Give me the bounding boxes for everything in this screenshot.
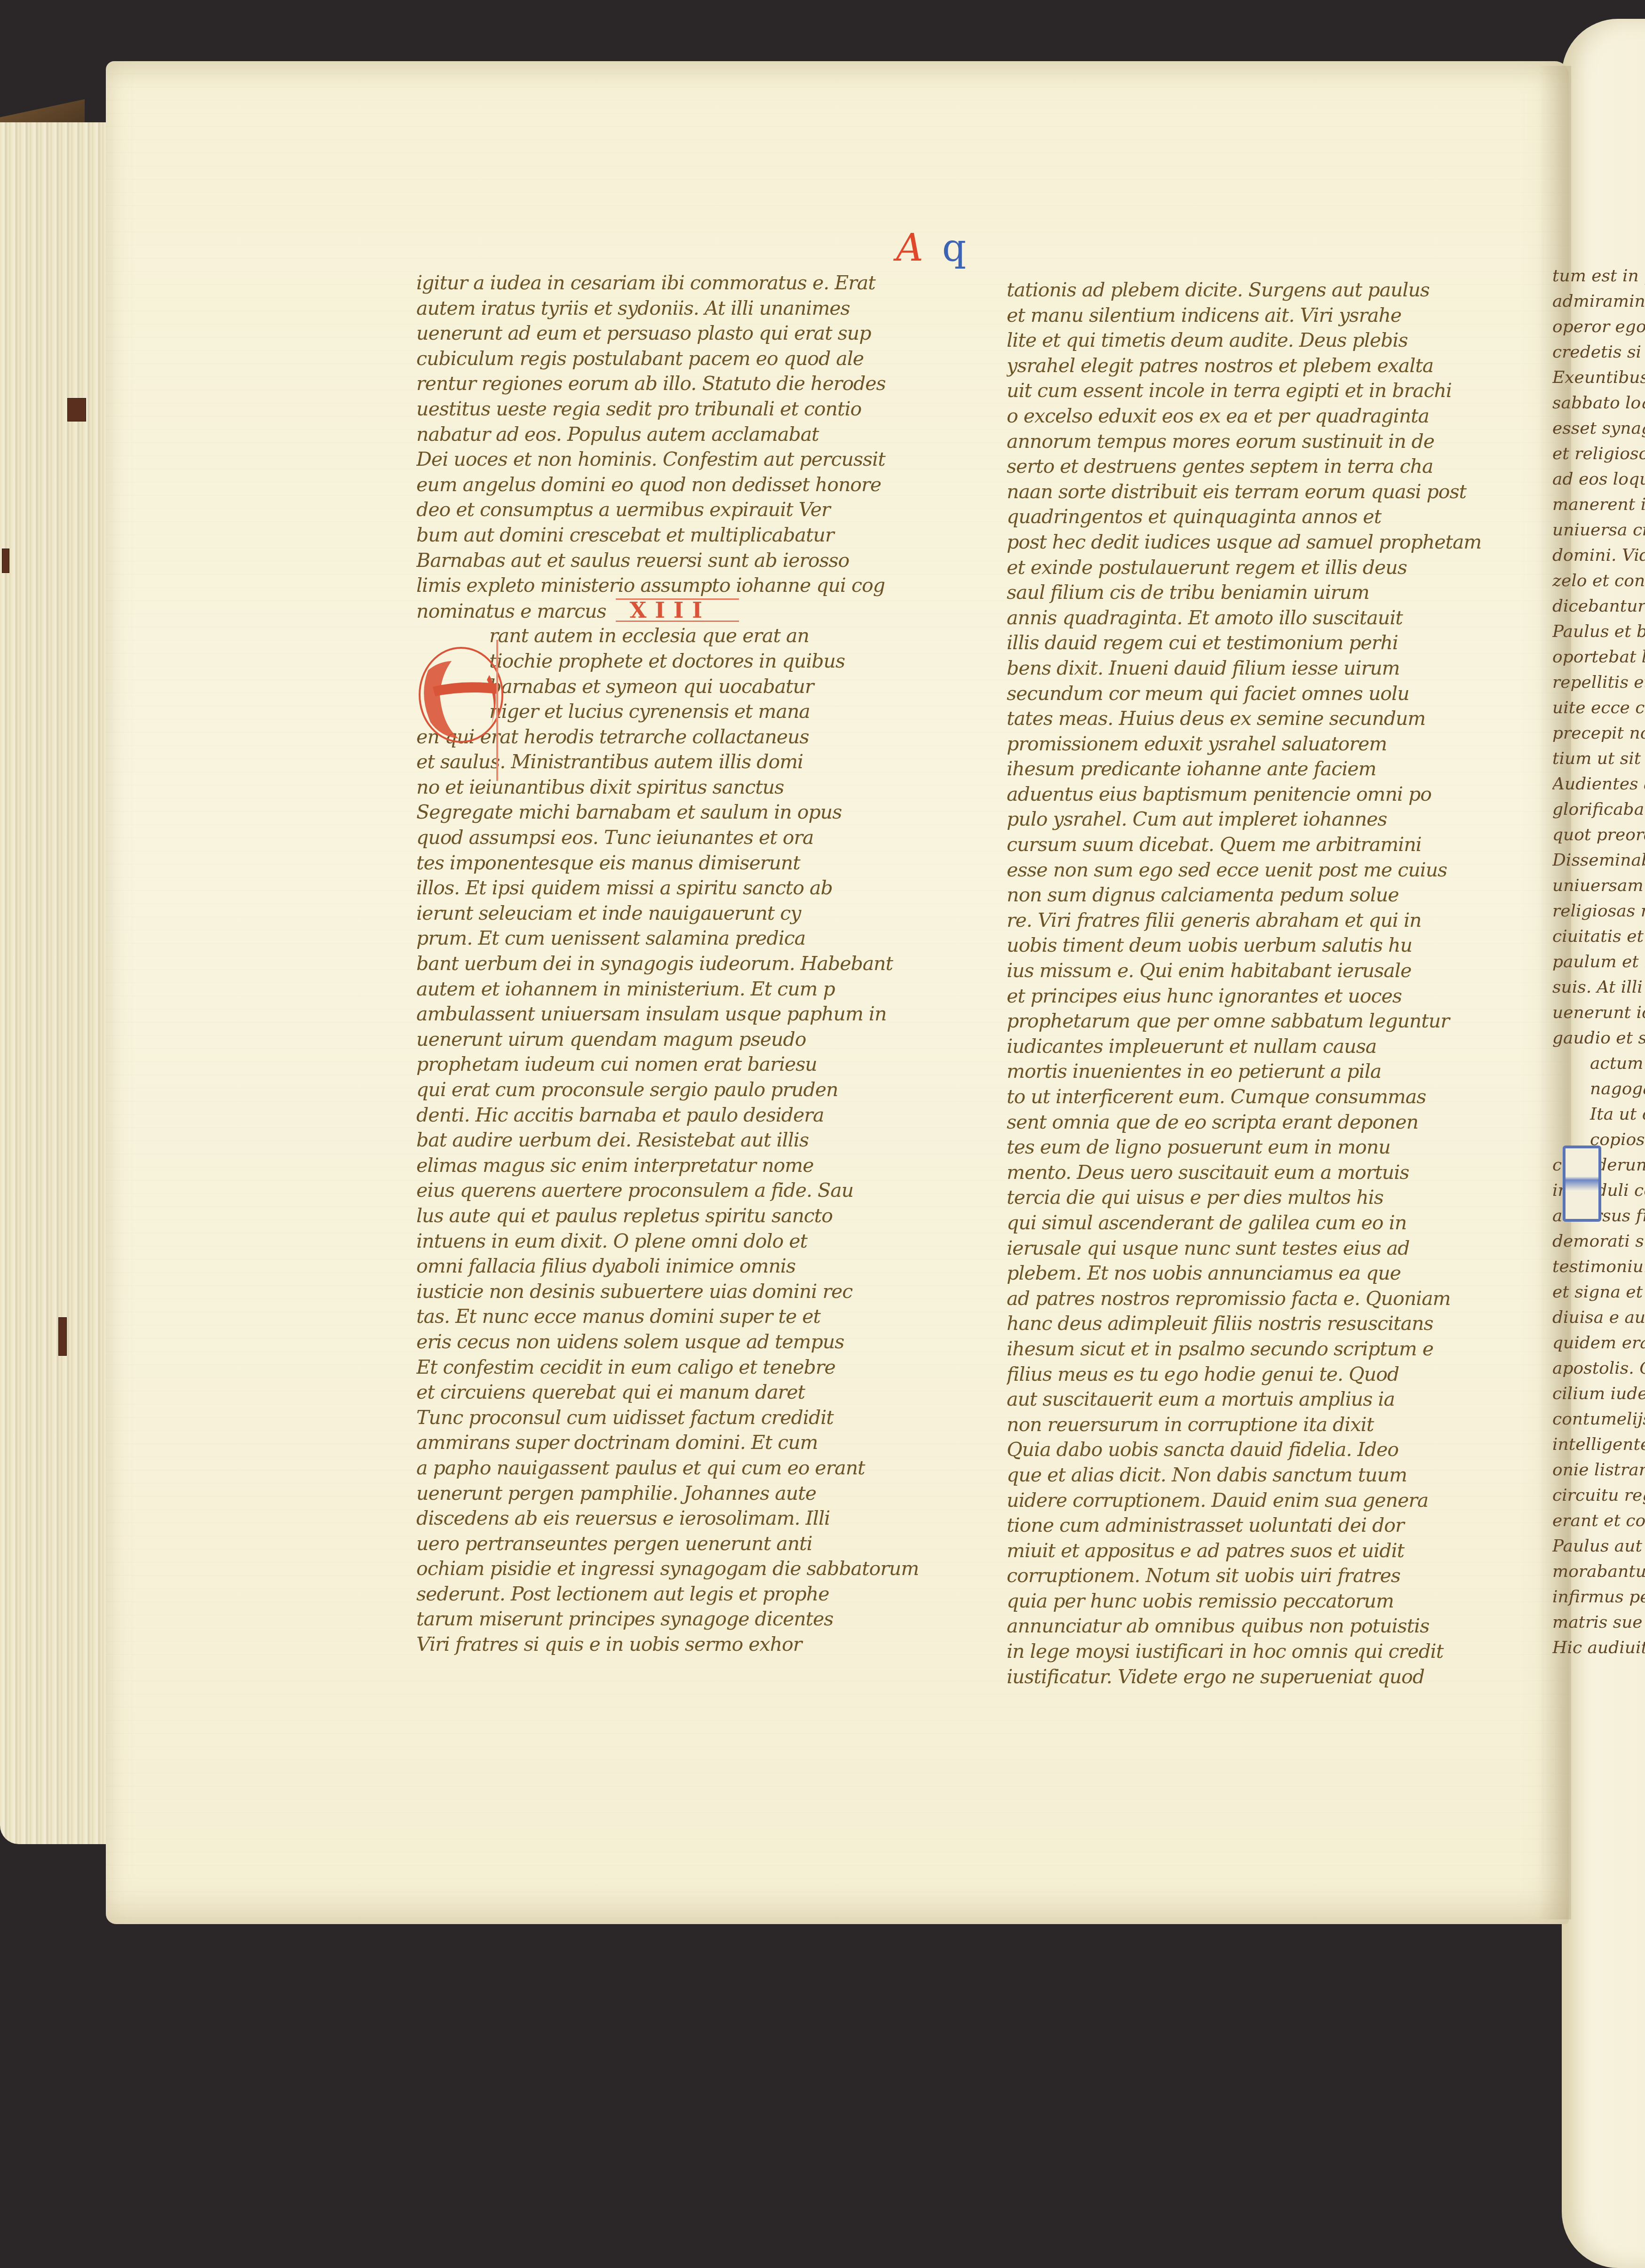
text-line: operor ego in diebu [1552, 314, 1645, 340]
text-line: cilium iudeorum cum [1552, 1381, 1645, 1407]
text-line: ihesum predicante iohanne ante faciem [1007, 756, 1524, 782]
text-line: intelligentes confu [1552, 1432, 1645, 1457]
text-line: que et alias dicit. Non dabis sanctum tu… [1007, 1463, 1524, 1488]
text-line: gaudio et spiritu sa [1552, 1026, 1645, 1051]
text-line: igitur a iudea in cesariam ibi commoratu… [416, 271, 934, 296]
text-line: ierunt seleuciam et inde nauigauerunt cy [416, 901, 934, 926]
text-line: aduentus eius baptismum penitencie omni … [1007, 782, 1524, 807]
text-line: quod assumpsi eos. Tunc ieiunantes et or… [416, 825, 934, 851]
text-line: rentur regiones eorum ab illo. Statuto d… [416, 371, 934, 397]
text-line: non reuersurum in corruptione ita dixit [1007, 1412, 1524, 1438]
text-line: iustificatur. Videte ergo ne superueniat… [1007, 1664, 1524, 1690]
text-line: ius missum e. Qui enim habitabant ierusa… [1007, 958, 1524, 984]
text-line: et saulus. Ministrantibus autem illis do… [416, 749, 934, 775]
text-line: to ut interficerent eum. Cumque consumma… [1007, 1084, 1524, 1110]
text-line: cursum suum dicebat. Quem me arbitramini [1007, 832, 1524, 858]
text-line: sederunt. Post lectionem aut legis et pr… [416, 1582, 934, 1607]
text-line: aut suscitauerit eum a mortuis amplius i… [1007, 1387, 1524, 1412]
text-line: qui simul ascenderant de galilea cum eo … [1007, 1210, 1524, 1236]
text-line: erant et commota [1552, 1508, 1645, 1534]
text-line-with-chapter: nominatus e marcusXIII [416, 598, 934, 624]
text-line: prophetarum que per omne sabbatum legunt… [1007, 1009, 1524, 1034]
text-line: esset synagoga secuti [1552, 416, 1645, 441]
text-line: quia per hunc uobis remissio peccatorum [1007, 1589, 1524, 1614]
text-line: et exinde postulauerunt regem et illis d… [1007, 555, 1524, 581]
text-line: uite ecce conuertim [1552, 695, 1645, 721]
text-line: precepit nobis dominus [1552, 721, 1645, 746]
text-line: suis. At illi excusso [1552, 975, 1645, 1000]
text-line: manerent in gratia dei [1552, 492, 1645, 517]
running-head: Aq [896, 226, 985, 270]
text-line: qui erat cum proconsule sergio paulo pru… [416, 1077, 934, 1103]
text-line: deo et consumptus a uermibus expirauit V… [416, 497, 934, 523]
text-line: ambulassent uniuersam insulam usque paph… [416, 1002, 934, 1027]
text-line: sabbato loquerentur sibi ue [1552, 390, 1645, 416]
text-line: infirmus pedibus [1552, 1584, 1645, 1610]
text-line: mortis inuenientes in eo petierunt a pil… [1007, 1059, 1524, 1084]
text-line: omni fallacia filius dyaboli inimice omn… [416, 1254, 934, 1279]
text-line: tes eum de ligno posuerunt eum in monu [1007, 1135, 1524, 1160]
page-tab-marker [67, 398, 86, 422]
text-line: lite et qui timetis deum audite. Deus pl… [1007, 328, 1524, 353]
text-line: autem et iohannem in ministerium. Et cum… [416, 977, 934, 1002]
text-line: discedens ab eis reuersus e ierosolimam.… [416, 1506, 934, 1531]
text-line: quot preordinati er [1552, 822, 1645, 848]
text-line: tates meas. Huius deus ex semine secundu… [1007, 706, 1524, 732]
running-head-blue-letter: q [942, 226, 985, 270]
text-line: glorificabant uerbum [1552, 797, 1645, 822]
text-line: uero pertranseuntes pergen uenerunt anti [416, 1531, 934, 1557]
text-line: matris sue qui n [1552, 1610, 1645, 1635]
text-line: repellitis et indign [1552, 670, 1645, 695]
text-line: post hec dedit iudices usque ad samuel p… [1007, 530, 1524, 555]
text-line: re. Viri fratres filii generis abraham e… [1007, 908, 1524, 933]
text-line: elimas magus sic enim interpretatur nome [416, 1153, 934, 1178]
text-line: uniuersam region [1552, 873, 1645, 899]
decorated-initial-e [414, 642, 508, 746]
text-line: miuit et appositus e ad patres suos et u… [1007, 1538, 1524, 1564]
text-line: Quia dabo uobis sancta dauid fidelia. Id… [1007, 1437, 1524, 1463]
text-line: et principes eius hunc ignorantes et uoc… [1007, 984, 1524, 1009]
text-line: Disseminabatur a [1552, 848, 1645, 873]
text-line: nabatur ad eos. Populus autem acclamabat [416, 422, 934, 447]
text-line: Et confestim cecidit in eum caligo et te… [416, 1355, 934, 1380]
text-line: intuens in eum dixit. O plene omni dolo … [416, 1229, 934, 1254]
text-line: tum est in prophe [1552, 263, 1645, 289]
text-line: non sum dignus calciamenta pedum solue [1007, 883, 1524, 908]
text-line: credetis si quis ena [1552, 340, 1645, 365]
text-line: ochiam pisidie et ingressi synagogam die… [416, 1556, 934, 1582]
text-line: admiramini et [1552, 289, 1645, 314]
text-line: quadringentos et quinquaginta annos et [1007, 504, 1524, 530]
text-line: ierusale qui usque nunc sunt testes eius… [1007, 1236, 1524, 1261]
text-line: filius meus es tu ego hodie genui te. Qu… [1007, 1362, 1524, 1387]
page-stack-edges [0, 122, 111, 1844]
text-line: paulum et barnabam [1552, 949, 1645, 975]
text-column-left: igitur a iudea in cesariam ibi commoratu… [416, 271, 934, 1657]
text-line: testimonium perhib [1552, 1254, 1645, 1280]
text-line: ad eos loquentes sua [1552, 467, 1645, 492]
text-line: hanc deus adimpleuit filiis nostris resu… [1007, 1311, 1524, 1337]
facing-page-text: tum est in prophe admiramini et operor e… [1552, 263, 1645, 1661]
text-line: quidem erant cum [1552, 1330, 1645, 1356]
text-line: iusticie non desinis subuertere uias dom… [416, 1279, 934, 1305]
running-head-red-letter: A [896, 226, 942, 270]
text-line: Paulus aut et ba [1552, 1534, 1645, 1559]
text-line: illis dauid regem cui et testimonium per… [1007, 630, 1524, 656]
text-line: eius querens auertere proconsulem a fide… [416, 1178, 934, 1203]
text-line: limis expleto ministerio assumpto iohann… [416, 573, 934, 598]
text-line: bum aut domini crescebat et multiplicaba… [416, 523, 934, 548]
text-line: uenerunt pergen pamphilie. Johannes aute [416, 1481, 934, 1506]
text-line: uenerunt ad eum et persuaso plasto qui e… [416, 321, 934, 346]
text-line: Exeuntibus aut illis roga [1552, 365, 1645, 390]
text-line: uenerunt uirum quendam magum pseudo [416, 1027, 934, 1052]
text-line: et circuiens querebat qui ei manum daret [416, 1380, 934, 1405]
text-line: et religiosorum aduenarum [1552, 441, 1645, 467]
text-line: ihesum sicut et in psalmo secundo script… [1007, 1337, 1524, 1362]
text-line: Segregate michi barnabam et saulum in op… [416, 800, 934, 825]
text-line: annis quadraginta. Et amoto illo suscita… [1007, 605, 1524, 631]
text-line: o excelso eduxit eos ex ea et per quadra… [1007, 404, 1524, 429]
text-line: promissionem eduxit ysrahel saluatorem [1007, 732, 1524, 757]
text-line: ad patres nostros repromissio facta e. Q… [1007, 1286, 1524, 1312]
text-line: illos. Et ipsi quidem missi a spiritu sa… [416, 875, 934, 901]
text-line: uniuersa ciuitas co [1552, 517, 1645, 543]
text-line: uenerunt iconium. Disc [1552, 1000, 1645, 1026]
text-line: tione cum administrasset uoluntati dei d… [1007, 1513, 1524, 1538]
text-line: eum angelus domini eo quod non dedisset … [416, 472, 934, 498]
text-line: et manu silentium indicens ait. Viri ysr… [1007, 303, 1524, 328]
text-line: tercia die qui uisus e per dies multos h… [1007, 1185, 1524, 1210]
text-line: Hic audiuit paul [1552, 1635, 1645, 1661]
page-tab-marker [58, 1317, 67, 1356]
text-line: prophetam iudeum cui nomen erat bariesu [416, 1052, 934, 1077]
text-line: et signa et prodig [1552, 1280, 1645, 1305]
text-line: Audientes aut gen [1552, 772, 1645, 797]
text-line: zelo et contra [1552, 568, 1645, 594]
text-line: actum e [1552, 1051, 1645, 1076]
text-line: bens dixit. Inueni dauid filium iesse ui… [1007, 656, 1524, 681]
text-line: ciuitatis et excitaue [1552, 924, 1645, 949]
text-line: in lege moysi iustificari in hoc omnis q… [1007, 1639, 1524, 1664]
text-line: no et ieiunantibus dixit spiritus sanctu… [416, 775, 934, 800]
text-line: annorum tempus mores eorum sustinuit in … [1007, 429, 1524, 454]
text-line: oportebat loqui uer [1552, 645, 1645, 670]
text-line: esse non sum ego sed ecce uenit post me … [1007, 858, 1524, 883]
text-line: tes imponentesque eis manus dimiserunt [416, 851, 934, 876]
text-line: cubiculum regis postulabant pacem eo quo… [416, 346, 934, 372]
text-line: uobis timent deum uobis uerbum salutis h… [1007, 933, 1524, 958]
text-line: apostolis. Cum autem [1552, 1356, 1645, 1381]
text-line: pulo ysrahel. Cum aut impleret iohannes [1007, 807, 1524, 832]
text-line: a papho nauigassent paulus et qui cum eo… [416, 1456, 934, 1481]
blue-decorated-initial [1563, 1146, 1601, 1222]
text-line: Barnabas aut et saulus reuersi sunt ab i… [416, 548, 934, 573]
text-line: circuitu regionem [1552, 1483, 1645, 1508]
text-line: Tunc proconsul cum uidisset factum credi… [416, 1405, 934, 1431]
text-line: saul filium cis de tribu beniamin uirum [1007, 580, 1524, 605]
text-line: onie listram et d [1552, 1457, 1645, 1483]
text-line: plebem. Et nos uobis annunciamus ea que [1007, 1261, 1524, 1286]
text-line: denti. Hic accitis barnaba et paulo desi… [416, 1103, 934, 1128]
text-line: tas. Et nunc ecce manus domini super te … [416, 1304, 934, 1329]
page-tab-marker [2, 549, 9, 573]
text-line: tium ut sit in salute [1552, 746, 1645, 772]
text-line: Paulus et barnaba [1552, 619, 1645, 645]
text-line: corruptionem. Notum sit uobis uiri fratr… [1007, 1563, 1524, 1589]
text-line: sent omnia que de eo scripta erant depon… [1007, 1110, 1524, 1135]
text-line: iudicantes impleuerunt et nullam causa [1007, 1034, 1524, 1059]
text-line: Ita ut c [1552, 1102, 1645, 1127]
text-line: Dei uoces et non hominis. Confestim aut … [416, 447, 934, 472]
text-line: dicebantur blasphe [1552, 594, 1645, 619]
text-line: tarum miserunt principes synagoge dicent… [416, 1607, 934, 1632]
text-line: bat audire uerbum dei. Resistebat aut il… [416, 1128, 934, 1153]
text-line: contumelijs afficere [1552, 1407, 1645, 1432]
text-line: nagoga [1552, 1076, 1645, 1102]
text-line: nominatus e marcus [416, 600, 606, 622]
text-line: bant uerbum dei in synagogis iudeorum. H… [416, 951, 934, 977]
text-line: uestitus ueste regia sedit pro tribunali… [416, 397, 934, 422]
text-line: tationis ad plebem dicite. Surgens aut p… [1007, 278, 1524, 303]
text-line: diuisa e aut mult [1552, 1305, 1645, 1330]
text-line: uit cum essent incole in terra egipti et… [1007, 378, 1524, 404]
text-line: autem iratus tyriis et sydoniis. At illi… [416, 296, 934, 321]
text-column-right: tationis ad plebem dicite. Surgens aut p… [1007, 278, 1524, 1689]
text-line: mento. Deus uero suscitauit eum a mortui… [1007, 1160, 1524, 1186]
chapter-number-rubric: XIII [616, 598, 739, 622]
initial-flourish-line [496, 640, 498, 781]
text-line: prum. Et cum uenissent salamina predica [416, 926, 934, 951]
text-line: lus aute qui et paulus repletus spiritu … [416, 1203, 934, 1229]
text-line: religiosas mulieres [1552, 899, 1645, 924]
text-line: eris cecus non uidens solem usque ad tem… [416, 1329, 934, 1355]
text-line: serto et destruens gentes septem in terr… [1007, 454, 1524, 479]
text-line: domini. Videntes a [1552, 543, 1645, 568]
text-line: annunciatur ab omnibus quibus non potuis… [1007, 1614, 1524, 1639]
text-line: ysrahel elegit patres nostros et plebem … [1007, 353, 1524, 379]
text-line: uidere corruptionem. Dauid enim sua gene… [1007, 1488, 1524, 1513]
text-line: ammirans super doctrinam domini. Et cum [416, 1430, 934, 1456]
text-line: morabantur in liste [1552, 1559, 1645, 1584]
text-line: Viri fratres si quis e in uobis sermo ex… [416, 1632, 934, 1657]
text-line: naan sorte distribuit eis terram eorum q… [1007, 479, 1524, 505]
text-line: secundum cor meum qui faciet omnes uolu [1007, 681, 1524, 707]
text-line: demorati sunt fid [1552, 1229, 1645, 1254]
